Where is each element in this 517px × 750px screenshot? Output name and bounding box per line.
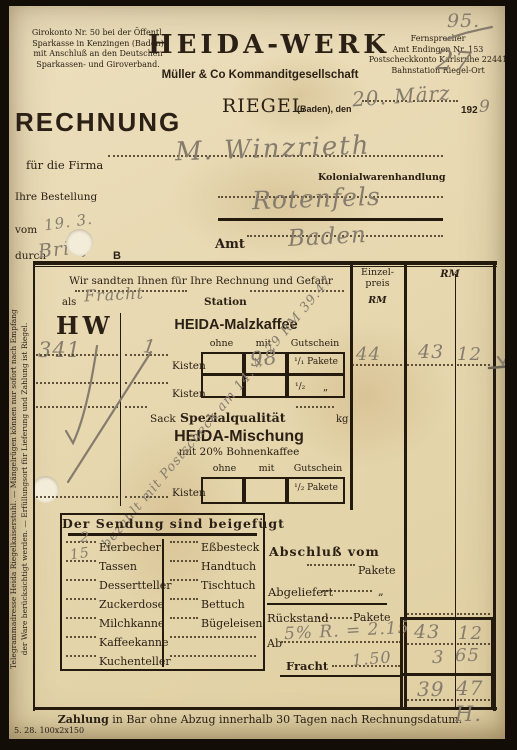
item-label: Kaffeekanne — [99, 637, 169, 650]
row-dotted-line — [125, 406, 147, 408]
station-dotted-line — [250, 290, 344, 292]
row-dotted-line — [36, 496, 118, 498]
handwritten-amt: Baden — [287, 222, 367, 252]
amount-column-header: RM — [407, 269, 493, 281]
amount-row-dotted — [407, 364, 453, 366]
item-dotted — [170, 636, 256, 638]
handwritten-fracht: 1.50 — [351, 647, 392, 669]
item-dotted — [170, 598, 198, 600]
payment-terms: Zahlung in Bar ohne Abzug innerhalb 30 T… — [55, 714, 465, 727]
fracht-rule — [280, 675, 400, 677]
item-dotted — [170, 655, 256, 657]
item-label: Eierbecher — [99, 542, 161, 555]
handwritten-amount-rm: 43 — [418, 341, 444, 363]
handwritten-enclosed-qty: 15 — [69, 545, 91, 564]
handwritten-unit-price: 44 — [356, 344, 381, 365]
handwritten-341: 341 — [38, 338, 81, 362]
scan-edge — [0, 0, 9, 750]
pakete-label: Pakete — [358, 565, 396, 578]
form-code: 5. 28. 100x2x150 — [14, 726, 84, 735]
pakete-full-label: ¹/₁ Pakete — [289, 357, 343, 367]
handwritten-total-row1-rm: 43 — [414, 621, 440, 643]
hw-mark: HW — [56, 312, 114, 340]
ditto-mark: „ — [378, 586, 384, 599]
pakete-half-label: ¹/₂ Pakete — [289, 483, 343, 493]
quantity-column-rule — [120, 313, 121, 506]
item-label: Milchkanne — [99, 618, 164, 631]
handwritten-initial: H. — [455, 702, 482, 726]
ohne-label: ohne — [204, 464, 245, 475]
table-left-border — [33, 261, 35, 711]
item-dotted — [170, 541, 198, 543]
row-dotted-line — [125, 382, 168, 384]
invoice-scan: Girokonto Nr. 50 bei der Öffentl. Sparka… — [0, 0, 517, 750]
gutschein-label: Gutschein — [285, 339, 345, 350]
company-subtitle: Müller & Co Kommanditgesellschaft — [148, 69, 372, 82]
document-title: RECHNUNG — [15, 108, 181, 138]
handwritten-number-27: 27 — [435, 45, 473, 78]
company-name: HEIDA-WERK — [148, 31, 372, 61]
handwritten-ort: Rotenfels — [252, 182, 382, 215]
totals-dotted — [407, 699, 453, 701]
scan-edge — [505, 0, 517, 750]
item-dotted — [66, 598, 96, 600]
handwritten-total-row1-pf: 12 — [458, 623, 483, 644]
price-column-header: Einzel- preis — [352, 268, 403, 290]
punch-hole — [32, 476, 59, 503]
handwritten-amount-pf: 12 — [457, 344, 482, 365]
price-row-dotted — [352, 364, 402, 366]
contact-line: Fernsprecher — [368, 34, 508, 45]
handwritten-grand-total-rm: 39 — [417, 677, 444, 701]
totals-dotted — [407, 643, 453, 645]
scan-edge — [0, 0, 517, 6]
item-dotted — [66, 655, 96, 657]
product2-name: HEIDA-Mischung — [128, 428, 350, 446]
item-dotted — [66, 617, 96, 619]
handwritten-number-95: 95. — [447, 10, 480, 32]
bestellung-label: Ihre Bestellung — [15, 191, 97, 203]
table-top-border-thin — [33, 266, 497, 267]
abgeliefert-rule — [267, 603, 387, 605]
ab-label: Ab — [267, 638, 282, 651]
pakete-half-label: ¹/₂ — [295, 382, 305, 392]
ditto-mark: „ — [323, 382, 328, 394]
kg-dotted-line — [296, 406, 334, 408]
row-dotted-line — [36, 406, 118, 408]
item-label: Bettuch — [201, 599, 245, 612]
firma-label: für die Firma — [26, 159, 103, 172]
ort-rule — [218, 218, 443, 221]
enclosed-items-title: Der Sendung sind beigefügt — [62, 517, 263, 531]
place-date-label: (Baden), den — [297, 104, 352, 114]
abgeliefert-dotted — [322, 590, 372, 592]
als-label: als — [62, 297, 76, 309]
item-dotted — [66, 579, 96, 581]
voucher-grid-row-divider — [201, 373, 345, 376]
handwritten-total-row2-pf: 65 — [455, 645, 480, 666]
station-label: Station — [204, 296, 247, 308]
kg-label: kg — [336, 414, 348, 426]
totals-dotted — [457, 613, 490, 615]
item-label: Dessertteller — [99, 580, 172, 593]
gutschein-label: Gutschein — [288, 464, 348, 475]
handwritten-als: Fracht — [84, 283, 145, 305]
voucher-grid-divider — [242, 477, 246, 504]
row-dotted-line — [125, 354, 168, 356]
abschluss-dotted — [307, 564, 355, 566]
sidebar-line: Telegrammadresse Heida Riegelkaiserstuhl… — [9, 266, 20, 712]
punch-hole — [66, 229, 93, 256]
handwritten-year-digit: 9 — [479, 97, 491, 117]
product2-subtitle: mit 20% Bohnenkaffee — [128, 446, 350, 458]
year-printed: 192 — [461, 105, 478, 117]
item-dotted — [170, 579, 198, 581]
scan-edge — [0, 739, 517, 750]
item-dotted — [66, 636, 96, 638]
item-dotted — [170, 617, 198, 619]
kisten-label: Kisten — [172, 487, 206, 499]
ohne-label: ohne — [201, 339, 242, 350]
totals-dotted — [457, 699, 490, 701]
item-label: Zuckerdose — [99, 599, 164, 612]
item-label: Tischtuch — [201, 580, 256, 593]
place-name: RIEGEL — [222, 96, 305, 118]
payment-terms-rest: in Bar ohne Abzug innerhalb 30 Tagen nac… — [109, 713, 462, 726]
item-label: Tassen — [99, 561, 137, 574]
amount-row-dotted — [457, 364, 490, 366]
price-column-currency: RM — [352, 296, 403, 307]
amt-label: Amt — [215, 238, 245, 253]
item-label: Kuchenteller — [99, 656, 171, 669]
handwritten-grand-total-pf: 47 — [456, 676, 483, 700]
kisten-label: Kisten — [172, 388, 206, 400]
abschluss-title: Abschluß vom — [269, 545, 380, 559]
row-dotted-line — [36, 354, 118, 356]
spezial-label: Spezialqualität — [180, 411, 286, 425]
item-dotted — [170, 560, 198, 562]
item-label: Eßbesteck — [201, 542, 259, 555]
mit-label: mit — [245, 464, 288, 475]
table-top-border — [33, 261, 497, 265]
item-label: Handtuch — [201, 561, 256, 574]
sidebar-line: der Ware berücksichtigt werden. — Erfüll… — [20, 266, 31, 712]
sidebar-legal-text: Telegrammadresse Heida Riegelkaiserstuhl… — [9, 266, 33, 712]
product1-name: HEIDA-Malzkaffee — [125, 317, 347, 334]
price-header-line: preis — [352, 279, 403, 290]
abgeliefert-label: Abgeliefert — [268, 586, 333, 599]
row-dotted-line — [36, 382, 118, 384]
payment-terms-bold: Zahlung — [58, 713, 109, 726]
vom-label: vom — [15, 224, 37, 236]
sack-label: Sack — [150, 413, 176, 425]
handwritten-total-row2-rm: 3 — [432, 647, 444, 668]
rueckstand-dotted — [318, 617, 352, 619]
kisten-label: Kisten — [172, 360, 206, 372]
fracht-label: Fracht — [286, 660, 328, 673]
totals-dotted — [407, 613, 453, 615]
enclosed-title-rule — [68, 533, 257, 536]
item-label: Bügeleisen — [201, 618, 263, 631]
